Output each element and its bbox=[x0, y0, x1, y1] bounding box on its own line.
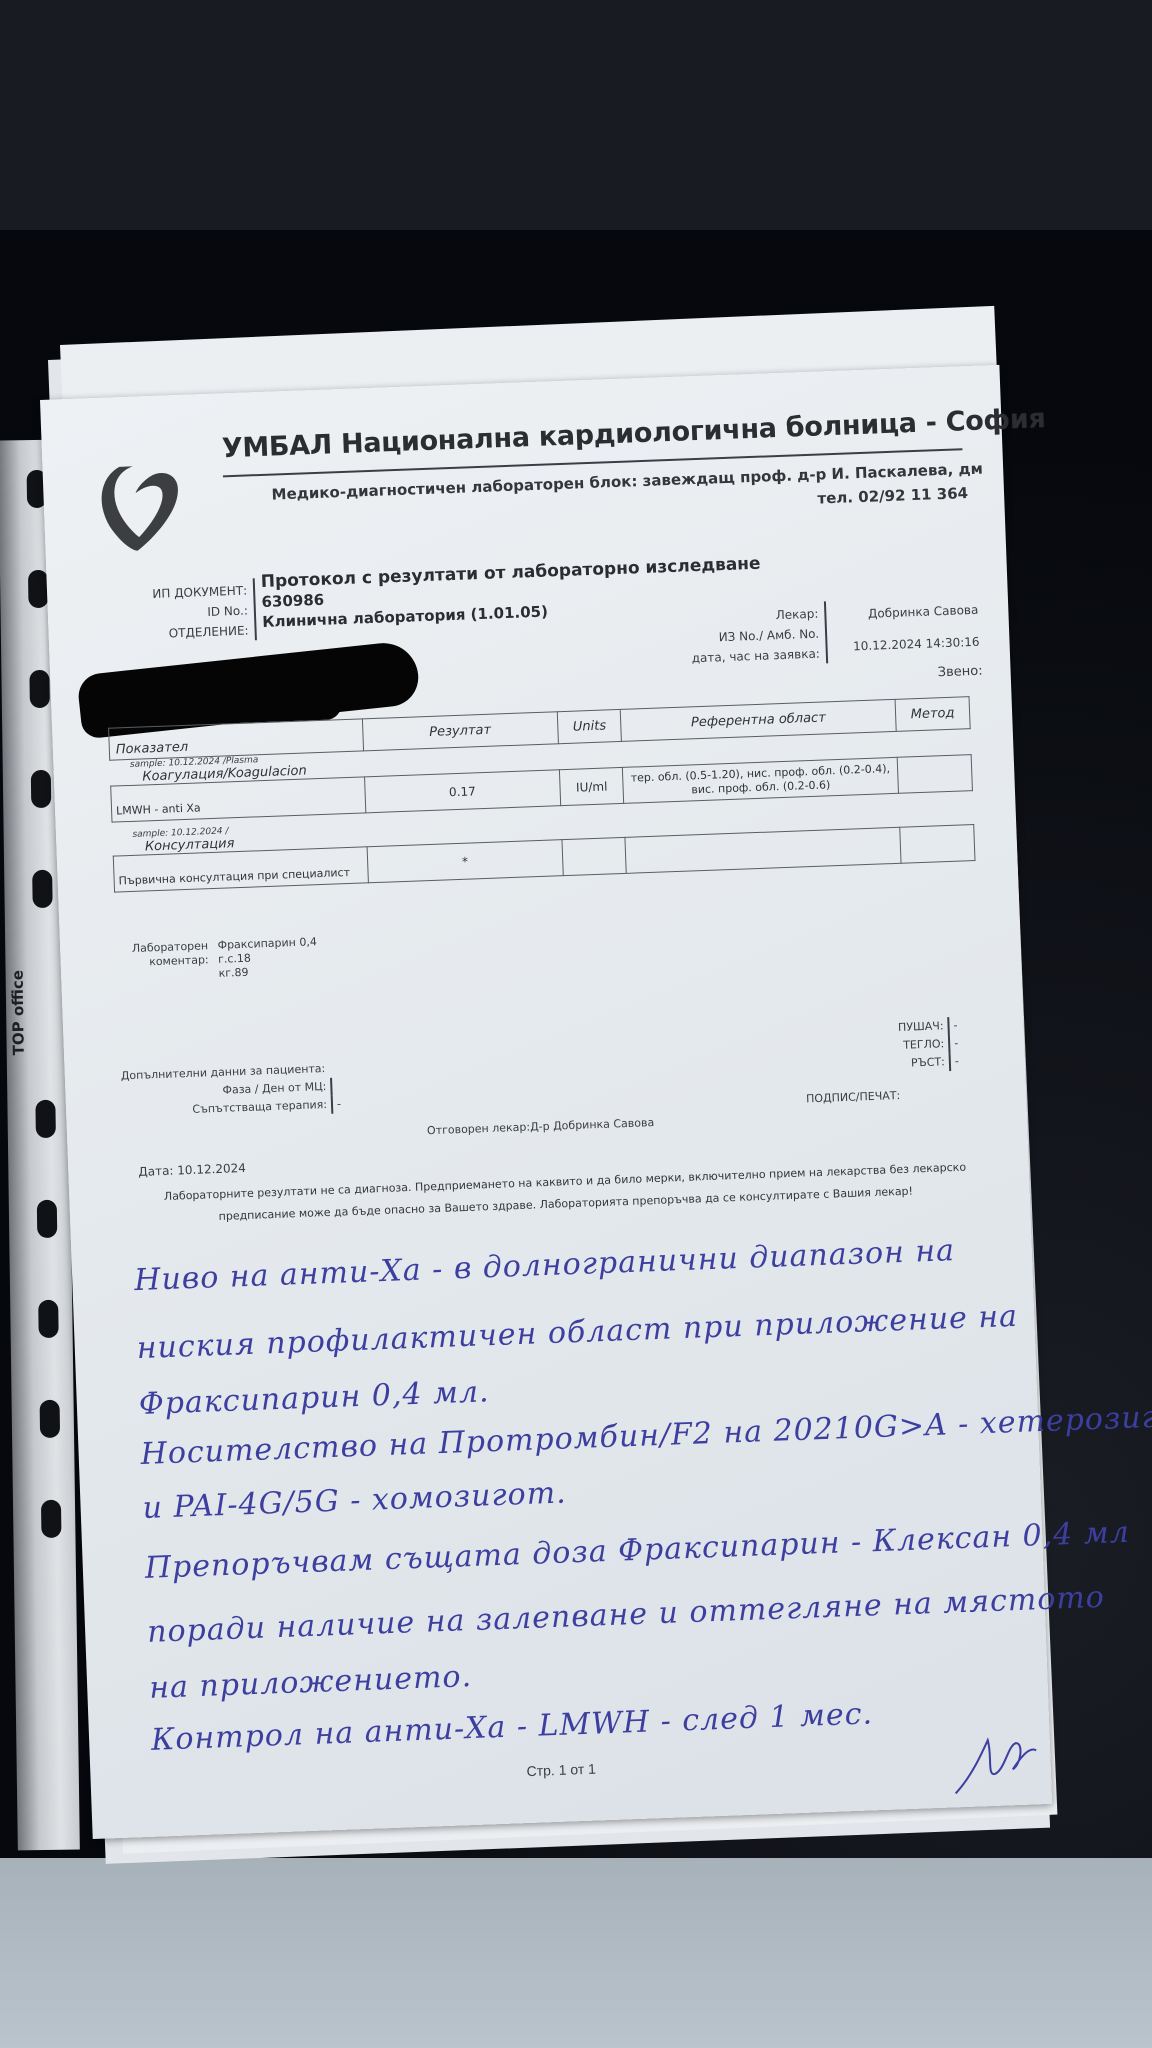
punch-hole bbox=[41, 1500, 62, 1538]
punch-hole bbox=[35, 1100, 56, 1138]
signature-label: ПОДПИС/ПЕЧАТ: bbox=[806, 1089, 901, 1105]
hospital-heart-logo-icon bbox=[90, 455, 190, 558]
patient-extra-data: Допълнителни данни за пациента: Фаза / Д… bbox=[121, 1059, 342, 1121]
height-label: РЪСТ: bbox=[855, 1053, 946, 1074]
method-cell bbox=[897, 755, 972, 794]
punch-hole bbox=[40, 1400, 61, 1438]
concomitant-therapy-value: - bbox=[337, 1095, 342, 1113]
patient-vitals: ПУШАЧ: - ТЕГЛО: - РЪСТ: - bbox=[853, 1017, 959, 1075]
unit-label: Звено: bbox=[937, 664, 982, 681]
hospital-name: УМБАЛ Национална кардиологична болница -… bbox=[221, 403, 1046, 464]
lab-comment-label: Лабораторен коментар: bbox=[116, 939, 209, 970]
request-values: Добринка Савова 10.12.2024 14:30:16 bbox=[848, 594, 980, 663]
document-meta-labels: ИП ДОКУМЕНТ: ID No.: ОТДЕЛЕНИЕ: bbox=[107, 581, 249, 646]
col-method: Метод bbox=[895, 697, 970, 732]
punch-hole bbox=[37, 1200, 58, 1238]
handwritten-signature-icon bbox=[949, 1724, 1042, 1797]
punch-hole bbox=[29, 670, 50, 708]
punch-hole bbox=[31, 770, 52, 808]
smoker-value: - bbox=[953, 1017, 958, 1035]
request-labels: Лекар: ИЗ No./ Амб. No. дата, час на зая… bbox=[548, 604, 820, 674]
handwritten-note: Ниво на анти-Ха - в долногранични диапаз… bbox=[133, 1214, 1051, 1767]
punch-hole bbox=[28, 570, 49, 608]
height-value: - bbox=[955, 1053, 960, 1071]
responsible-doctor: Отговорен лекар:Д-р Добринка Савова bbox=[427, 1116, 655, 1137]
request-datetime: 10.12.2024 14:30:16 bbox=[849, 626, 980, 663]
punch-hole bbox=[38, 1300, 59, 1338]
report-date: Дата: 10.12.2024 bbox=[138, 1161, 246, 1179]
lab-comment: Лабораторен коментар: Фраксипарин 0,4 г.… bbox=[116, 935, 318, 984]
lab-report-sheet: УМБАЛ Национална кардиологична болница -… bbox=[40, 365, 1052, 1839]
col-units: Units bbox=[557, 709, 622, 743]
lab-comment-values: Фраксипарин 0,4 г.с.18 кг.89 bbox=[217, 935, 318, 981]
weight-value: - bbox=[954, 1035, 959, 1053]
department-label: ОТДЕЛЕНИЕ: bbox=[108, 621, 249, 646]
bottom-letterbox bbox=[0, 1858, 1152, 2048]
page-number: Стр. 1 от 1 bbox=[526, 1761, 596, 1780]
doctor-name: Добринка Савова bbox=[848, 594, 979, 631]
punch-hole bbox=[32, 870, 53, 908]
units-cell: IU/ml bbox=[559, 767, 624, 805]
cycle-phase-value bbox=[336, 1078, 337, 1096]
lab-results-table: Показател Резултат Units Референтна обла… bbox=[108, 696, 975, 892]
meta-divider bbox=[253, 578, 257, 640]
result-cell: * bbox=[367, 840, 564, 883]
hospital-phone: тел. 02/92 11 364 bbox=[817, 484, 968, 508]
units-cell bbox=[562, 837, 627, 875]
disclaimer: Лабораторните резултати не са диагноза. … bbox=[155, 1156, 976, 1230]
method-cell bbox=[900, 825, 975, 864]
top-letterbox bbox=[0, 0, 1152, 230]
request-divider bbox=[824, 601, 828, 663]
